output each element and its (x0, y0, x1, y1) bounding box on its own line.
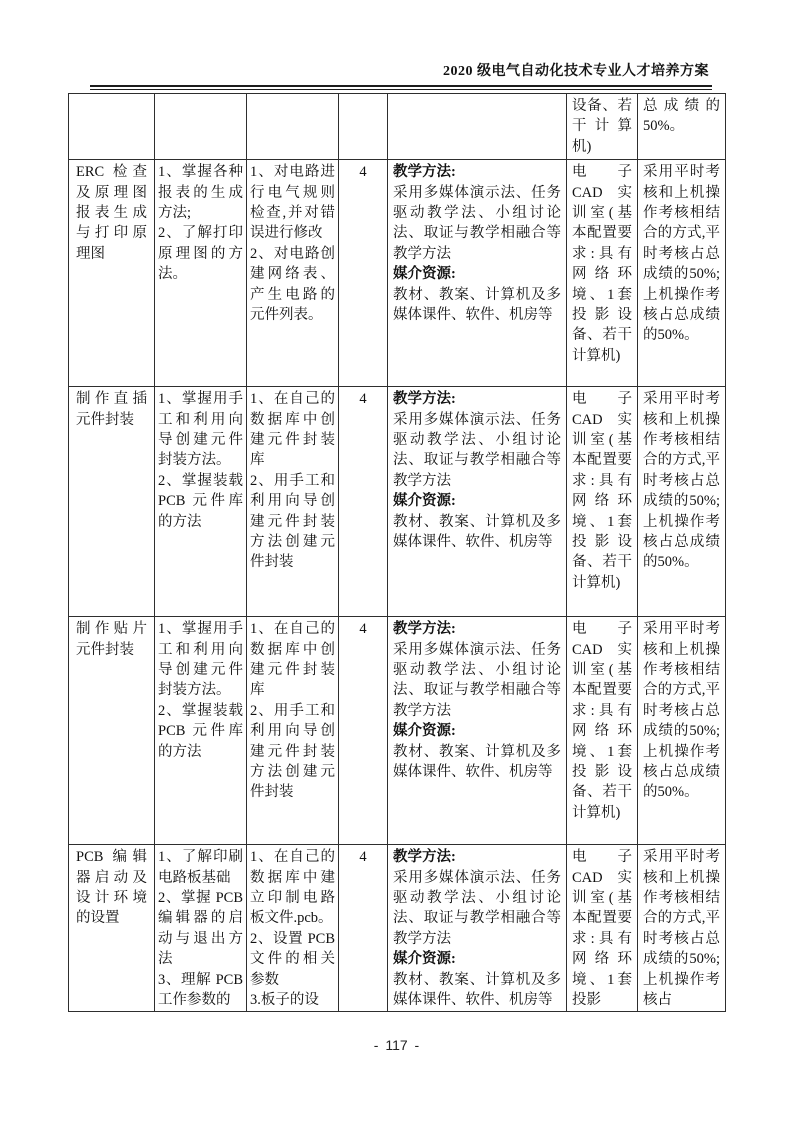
equipment-cell: 电子 CAD 实训室(基本配置要求:具有网络环境、1套投影 (567, 845, 638, 1012)
hours-cell: 4 (339, 160, 388, 387)
task-cell: 制作直插元件封装 (69, 387, 155, 617)
assessment-text: 采用平时考核和上机操作考核相结合的方式,平时考核占总成绩的50%;上机操作考核占… (643, 162, 720, 346)
equipment-cell: 电子 CAD 实训室(基本配置要求:具有网络环境、1套投影设备、若干计算机) (567, 160, 638, 387)
table-row: ERC 检查及原理图报表生成与打印原理图 1、掌握各种报表的生成方法; 2、了解… (69, 160, 726, 387)
methods-text: 采用多媒体演示法、任务驱动教学法、小组讨论法、取证与教学相融合等教学方法 (393, 868, 561, 950)
assessment-cell: 采用平时考核和上机操作考核相结合的方式,平时考核占总成绩的50%;上机操作考核占… (638, 387, 726, 617)
methods-heading: 教学方法: (393, 162, 561, 182)
methods-cell: 教学方法: 采用多媒体演示法、任务驱动教学法、小组讨论法、取证与教学相融合等教学… (388, 617, 567, 845)
equipment-text: 电子 CAD 实训室(基本配置要求:具有网络环境、1套投影设备、若干计算机) (572, 162, 632, 366)
methods-text: 采用多媒体演示法、任务驱动教学法、小组讨论法、取证与教学相融合等教学方法 (393, 410, 561, 492)
objectives-text: 1、掌握用手工和利用向导创建元件封装方法。 2、掌握装载 PCB 元件库的方法 (158, 389, 243, 532)
task-text: 制作贴片元件封装 (76, 619, 147, 660)
equipment-cell: 电子 CAD 实训室(基本配置要求:具有网络环境、1套投影设备、若干计算机) (567, 387, 638, 617)
methods-heading: 教学方法: (393, 389, 561, 409)
assessment-text: 采用平时考核和上机操作考核相结合的方式,平时考核占总成绩的50%;上机操作考核占… (643, 619, 720, 803)
table-row: 制作直插元件封装 1、掌握用手工和利用向导创建元件封装方法。 2、掌握装载 PC… (69, 387, 726, 617)
table-row: 制作贴片元件封装 1、掌握用手工和利用向导创建元件封装方法。 2、掌握装载 PC… (69, 617, 726, 845)
equipment-text: 电子 CAD 实训室(基本配置要求:具有网络环境、1套投影 (572, 847, 632, 1009)
assessment-cell: 采用平时考核和上机操作考核相结合的方式,平时考核占总成绩的50%;上机操作考核占… (638, 160, 726, 387)
assessment-text: 采用平时考核和上机操作考核相结合的方式,平时考核占总成绩的50%;上机操作考核占 (643, 847, 720, 1009)
objectives-text: 1、掌握用手工和利用向导创建元件封装方法。 2、掌握装载 PCB 元件库的方法 (158, 619, 243, 762)
assessment-text: 总成绩的50%。 (643, 96, 720, 137)
objectives-text: 1、掌握各种报表的生成方法; 2、了解打印原理图的方法。 (158, 162, 243, 284)
media-heading: 媒介资源: (393, 721, 561, 741)
task-text: PCB 编辑器启动及设计环境的设置 (76, 847, 147, 929)
tasks-cell: 1、在自己的数据库中建立印制电路板文件.pcb。 2、设置 PCB 文件的相关参… (247, 845, 339, 1012)
table-row: PCB 编辑器启动及设计环境的设置 1、了解印刷电路板基础 2、掌握 PCB 编… (69, 845, 726, 1012)
equipment-text: 设备、若干计算机) (572, 96, 632, 157)
methods-content: 教学方法: 采用多媒体演示法、任务驱动教学法、小组讨论法、取证与教学相融合等教学… (393, 389, 561, 552)
equipment-text: 电子 CAD 实训室(基本配置要求:具有网络环境、1套投影设备、若干计算机) (572, 619, 632, 823)
equipment-cell: 电子 CAD 实训室(基本配置要求:具有网络环境、1套投影设备、若干计算机) (567, 617, 638, 845)
task-text: ERC 检查及原理图报表生成与打印原理图 (76, 162, 147, 264)
assessment-cell: 采用平时考核和上机操作考核相结合的方式,平时考核占总成绩的50%;上机操作考核占… (638, 617, 726, 845)
media-text: 教材、教案、计算机及多媒体课件、软件、机房等 (393, 742, 561, 783)
objectives-cell: 1、掌握用手工和利用向导创建元件封装方法。 2、掌握装载 PCB 元件库的方法 (155, 617, 247, 845)
assessment-cell: 总成绩的50%。 (638, 94, 726, 160)
objectives-cell: 1、掌握用手工和利用向导创建元件封装方法。 2、掌握装载 PCB 元件库的方法 (155, 387, 247, 617)
methods-content: 教学方法: 采用多媒体演示法、任务驱动教学法、小组讨论法、取证与教学相融合等教学… (393, 847, 561, 1009)
page-number: - 117 - (0, 1037, 793, 1053)
tasks-cell (247, 94, 339, 160)
media-text: 教材、教案、计算机及多媒体课件、软件、机房等 (393, 970, 561, 1010)
tasks-cell: 1、对电路进行电气规则检查,并对错误进行修改 2、对电路创建网络表、产生电路的元… (247, 160, 339, 387)
objectives-cell (155, 94, 247, 160)
task-cell (69, 94, 155, 160)
methods-text: 采用多媒体演示法、任务驱动教学法、小组讨论法、取证与教学相融合等教学方法 (393, 183, 561, 265)
tasks-cell: 1、在自己的数据库中创建元件封装库 2、用手工和利用向导创建元件封装方法创建元件… (247, 387, 339, 617)
document-page: 2020 级电气自动化技术专业人才培养方案 设备、若干计算机) 总成绩的50%。 (0, 0, 793, 1122)
methods-cell: 教学方法: 采用多媒体演示法、任务驱动教学法、小组讨论法、取证与教学相融合等教学… (388, 845, 567, 1012)
hours-cell: 4 (339, 617, 388, 845)
hours-cell (339, 94, 388, 160)
methods-text: 采用多媒体演示法、任务驱动教学法、小组讨论法、取证与教学相融合等教学方法 (393, 640, 561, 722)
media-text: 教材、教案、计算机及多媒体课件、软件、机房等 (393, 512, 561, 553)
media-heading: 媒介资源: (393, 491, 561, 511)
course-table: 设备、若干计算机) 总成绩的50%。 ERC 检查及原理图报表生成与打印原理图 … (68, 93, 726, 1012)
task-cell: PCB 编辑器启动及设计环境的设置 (69, 845, 155, 1012)
hours-value: 4 (340, 619, 386, 639)
methods-content: 教学方法: 采用多媒体演示法、任务驱动教学法、小组讨论法、取证与教学相融合等教学… (393, 162, 561, 325)
methods-cell (388, 94, 567, 160)
hours-value: 4 (340, 389, 386, 409)
page-title: 2020 级电气自动化技术专业人才培养方案 (443, 60, 709, 80)
methods-cell: 教学方法: 采用多媒体演示法、任务驱动教学法、小组讨论法、取证与教学相融合等教学… (388, 387, 567, 617)
tasks-cell: 1、在自己的数据库中创建元件封装库 2、用手工和利用向导创建元件封装方法创建元件… (247, 617, 339, 845)
objectives-cell: 1、掌握各种报表的生成方法; 2、了解打印原理图的方法。 (155, 160, 247, 387)
media-heading: 媒介资源: (393, 949, 561, 969)
methods-heading: 教学方法: (393, 847, 561, 867)
methods-heading: 教学方法: (393, 619, 561, 639)
equipment-cell: 设备、若干计算机) (567, 94, 638, 160)
media-text: 教材、教案、计算机及多媒体课件、软件、机房等 (393, 285, 561, 326)
assessment-text: 采用平时考核和上机操作考核相结合的方式,平时考核占总成绩的50%;上机操作考核占… (643, 389, 720, 573)
table-row: 设备、若干计算机) 总成绩的50%。 (69, 94, 726, 160)
hours-value: 4 (340, 847, 386, 867)
methods-cell: 教学方法: 采用多媒体演示法、任务驱动教学法、小组讨论法、取证与教学相融合等教学… (388, 160, 567, 387)
task-cell: ERC 检查及原理图报表生成与打印原理图 (69, 160, 155, 387)
objectives-text: 1、了解印刷电路板基础 2、掌握 PCB 编辑器的启动与退出方法 3、理解 PC… (158, 847, 243, 1009)
task-text: 制作直插元件封装 (76, 389, 147, 430)
hours-cell: 4 (339, 845, 388, 1012)
assessment-cell: 采用平时考核和上机操作考核相结合的方式,平时考核占总成绩的50%;上机操作考核占 (638, 845, 726, 1012)
tasks-text: 1、对电路进行电气规则检查,并对错误进行修改 2、对电路创建网络表、产生电路的元… (250, 162, 335, 325)
media-heading: 媒介资源: (393, 264, 561, 284)
methods-content: 教学方法: 采用多媒体演示法、任务驱动教学法、小组讨论法、取证与教学相融合等教学… (393, 619, 561, 782)
tasks-text: 1、在自己的数据库中创建元件封装库 2、用手工和利用向导创建元件封装方法创建元件… (250, 389, 335, 573)
hours-cell: 4 (339, 387, 388, 617)
equipment-text: 电子 CAD 实训室(基本配置要求:具有网络环境、1套投影设备、若干计算机) (572, 389, 632, 593)
tasks-text: 1、在自己的数据库中建立印制电路板文件.pcb。 2、设置 PCB 文件的相关参… (250, 847, 335, 1009)
hours-value: 4 (340, 162, 386, 182)
tasks-text: 1、在自己的数据库中创建元件封装库 2、用手工和利用向导创建元件封装方法创建元件… (250, 619, 335, 803)
objectives-cell: 1、了解印刷电路板基础 2、掌握 PCB 编辑器的启动与退出方法 3、理解 PC… (155, 845, 247, 1012)
task-cell: 制作贴片元件封装 (69, 617, 155, 845)
header-rule (90, 85, 712, 90)
